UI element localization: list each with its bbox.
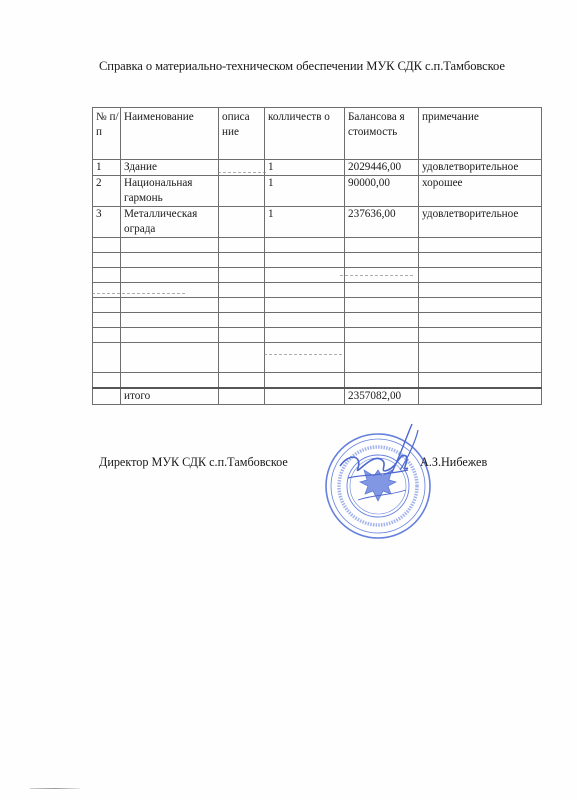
empty-row	[93, 268, 542, 283]
director-position: Директор МУК СДК с.п.Тамбовское	[99, 455, 288, 470]
empty-row	[93, 328, 542, 343]
cell-description	[219, 176, 265, 207]
cell-balance-value: 237636,00	[345, 207, 419, 238]
empty-row	[93, 298, 542, 313]
cell-name: Здание	[121, 160, 219, 176]
empty-row	[93, 313, 542, 328]
header-note: примечание	[419, 108, 542, 160]
cell-number: 1	[93, 160, 121, 176]
empty-row	[93, 373, 542, 389]
official-stamp-icon	[318, 420, 440, 542]
cell-name: Металлическая ограда	[121, 207, 219, 238]
table-row: 2 Национальная гармонь 1 90000,00 хороше…	[93, 176, 542, 207]
empty-row	[93, 283, 542, 298]
header-quantity: колличеств о	[265, 108, 345, 160]
equipment-table: № п/ п Наименование описа ние колличеств…	[92, 107, 542, 405]
cell-note: хорошее	[419, 176, 542, 207]
cell-quantity: 1	[265, 160, 345, 176]
total-balance-value: 2357082,00	[345, 388, 419, 405]
cell-balance-value: 90000,00	[345, 176, 419, 207]
cell-balance-value: 2029446,00	[345, 160, 419, 176]
scan-artifact	[92, 293, 187, 294]
cell-quantity: 1	[265, 207, 345, 238]
header-name: Наименование	[121, 108, 219, 160]
header-number: № п/ п	[93, 108, 121, 160]
cell-note: удовлетворительное	[419, 160, 542, 176]
header-description: описа ние	[219, 108, 265, 160]
director-name: А.З.Нибежев	[420, 455, 487, 470]
header-balance-value: Балансова я стоимость	[345, 108, 419, 160]
cell-number: 3	[93, 207, 121, 238]
total-label: итого	[121, 388, 219, 405]
empty-row	[93, 238, 542, 253]
scan-artifact	[340, 275, 415, 276]
document-title: Справка о материально-техническом обеспе…	[99, 59, 505, 74]
cell-description	[219, 160, 265, 176]
cell-note: удовлетворительное	[419, 207, 542, 238]
table-header-row: № п/ п Наименование описа ние колличеств…	[93, 108, 542, 160]
cell-name: Национальная гармонь	[121, 176, 219, 207]
cell-description	[219, 207, 265, 238]
total-row: итого 2357082,00	[93, 388, 542, 405]
empty-row	[93, 343, 542, 373]
table-row: 1 Здание 1 2029446,00 удовлетворительное	[93, 160, 542, 176]
scan-artifact	[218, 172, 268, 173]
cell-quantity: 1	[265, 176, 345, 207]
cell-number: 2	[93, 176, 121, 207]
empty-row	[93, 253, 542, 268]
scan-artifact	[264, 354, 344, 355]
scan-artifact-line	[30, 788, 80, 789]
table-row: 3 Металлическая ограда 1 237636,00 удовл…	[93, 207, 542, 238]
